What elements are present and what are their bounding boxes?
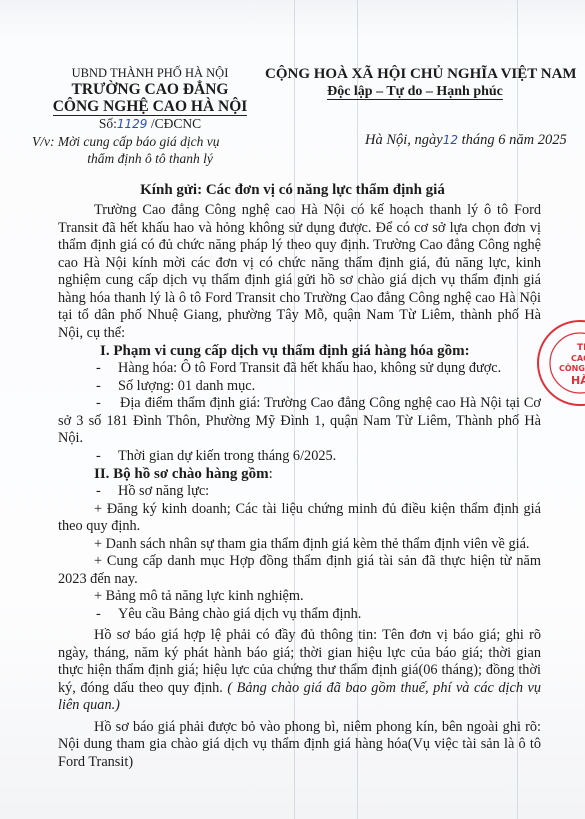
section1-item: -Thời gian dự kiến trong tháng 6/2025.	[58, 448, 541, 466]
section2-dash: -Hồ sơ năng lực:	[58, 483, 541, 501]
issuer-org: UBND THÀNH PHỐ HÀ NỘI	[40, 66, 260, 81]
handwritten-day: 12	[443, 133, 458, 147]
section2-plus-item: + Đăng ký kinh doanh; Các tài liệu chứng…	[58, 501, 541, 536]
national-motto: Độc lập – Tự do – Hạnh phúc	[265, 83, 565, 100]
national-header: CỘNG HOÀ XÃ HỘI CHỦ NGHĨA VIỆT NAM Độc l…	[265, 66, 565, 100]
national-title: CỘNG HOÀ XÃ HỘI CHỦ NGHĨA VIỆT NAM	[265, 66, 565, 83]
svg-text:CAO: CAO	[571, 354, 585, 363]
section1-item: -Hàng hóa: Ô tô Ford Transit đã hết khấu…	[58, 360, 541, 378]
svg-text:CÔNG N: CÔNG N	[559, 362, 585, 373]
school-name-line1: TRƯỜNG CAO ĐẲNG	[40, 81, 260, 98]
section1-item: -Số lượng: 01 danh mục.	[58, 378, 541, 396]
intro-paragraph: Trường Cao đẳng Công nghệ cao Hà Nội có …	[58, 202, 541, 342]
section1-title: I. Phạm vi cung cấp dịch vụ thẩm định gi…	[58, 342, 541, 360]
valid-quote-paragraph: Hồ sơ báo giá hợp lệ phải có đầy đủ thôn…	[58, 627, 541, 715]
envelope-paragraph: Hồ sơ báo giá phải được bỏ vào phong bì,…	[58, 719, 541, 772]
section2-plus-item: + Danh sách nhân sự tham gia thẩm định g…	[58, 536, 541, 554]
handwritten-number: 1129	[117, 117, 148, 131]
svg-text:HÀ: HÀ	[571, 374, 585, 387]
subject-line1: V/v: Mời cung cấp báo giá dịch vụ	[32, 133, 260, 150]
issuer-block: UBND THÀNH PHỐ HÀ NỘI TRƯỜNG CAO ĐẲNG CÔ…	[40, 66, 260, 167]
document-number: Số:1129 /CĐCNC	[40, 115, 260, 133]
document-date: Hà Nội, ngày12 tháng 6 năm 2025	[365, 132, 567, 149]
section2-title: II. Bộ hồ sơ chào hàng gồm:	[58, 465, 541, 483]
section2-plus-item: + Bảng mô tả năng lực kinh nghiệm.	[58, 588, 541, 606]
letter-body: Trường Cao đẳng Công nghệ cao Hà Nội có …	[58, 202, 541, 771]
svg-text:TRƯ: TRƯ	[577, 343, 585, 353]
official-seal-icon: TRƯ CAO CÔNG N HÀ	[535, 318, 585, 408]
subject-line2: thẩm định ô tô thanh lý	[40, 150, 260, 167]
section2-dash: -Yêu cầu Bảng chào giá dịch vụ thẩm định…	[58, 606, 541, 624]
section1-item: -Địa điểm thẩm định giá: Trường Cao đẳng…	[58, 395, 541, 448]
school-name-line2: CÔNG NGHỆ CAO HÀ NỘI	[40, 98, 260, 115]
section2-plus-item: + Cung cấp danh mục Hợp đồng thẩm định g…	[58, 553, 541, 588]
greeting: Kính gửi: Các đơn vị có năng lực thẩm đị…	[0, 182, 585, 199]
